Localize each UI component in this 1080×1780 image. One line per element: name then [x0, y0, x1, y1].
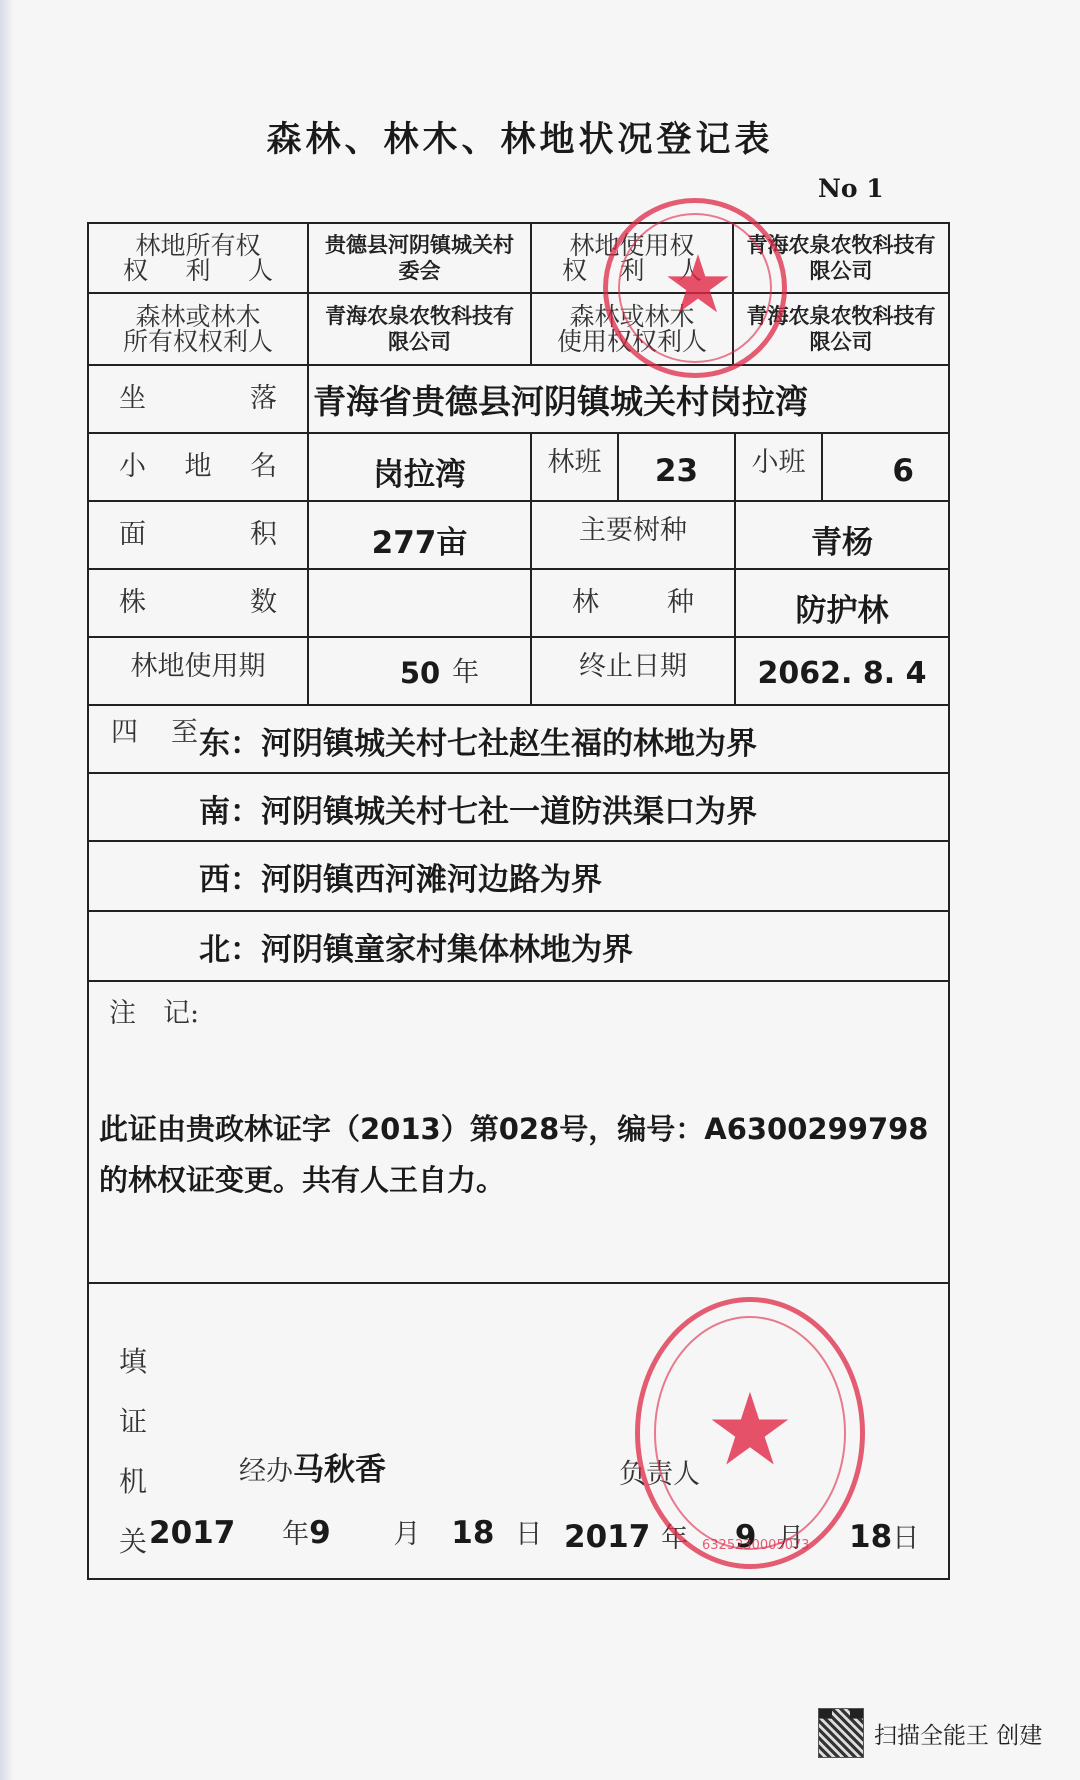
handler-name: 马秋香 [293, 1452, 386, 1488]
value-line: 贵德县河阴镇城关村 [325, 232, 514, 258]
use-period-unit: 年 [452, 659, 479, 687]
stock-count-value [309, 570, 530, 636]
date-month: 9 [309, 1515, 331, 1551]
star-icon: ★ [658, 245, 738, 325]
land-owner-value: 贵德县河阴镇城关村 委会 [309, 224, 530, 292]
date-day-unit: 日 [892, 1523, 919, 1554]
label-char: 关 [119, 1512, 149, 1572]
label-char: 面 [119, 521, 146, 549]
label-char: 人 [248, 258, 273, 283]
label-char: 数 [250, 589, 277, 617]
handler-label: 经办 [239, 1456, 293, 1487]
company-seal: ★ [603, 198, 787, 378]
notes-line: 此证由贵政林证字（2013）第028号，编号：A6300299798 [99, 1104, 969, 1155]
government-seal: ★ 6325230005073 [635, 1297, 865, 1569]
label-line: 森林或林木 [135, 304, 260, 329]
label-line: 面 积 [89, 521, 307, 549]
label-char: 地 [185, 453, 212, 481]
label-char: 株 [119, 589, 146, 617]
date-year: 2017 [564, 1519, 650, 1555]
row-divider [89, 910, 948, 912]
row-divider [89, 840, 948, 842]
label-line: 权 利 人 [89, 258, 307, 283]
label-char: 落 [250, 385, 277, 413]
value-line: 委会 [399, 258, 441, 284]
notes-text: 此证由贵政林证字（2013）第028号，编号：A6300299798 的林权证变… [99, 1104, 969, 1206]
document-title: 森林、林木、林地状况登记表 [0, 112, 1040, 162]
label-line: 株 数 [89, 589, 307, 617]
boundary-west: 西：河阴镇西河滩河边路为界 [199, 854, 602, 899]
main-species-value: 青杨 [736, 506, 948, 572]
label-line: 所有权权利人 [123, 329, 273, 354]
date-year-unit: 年 [282, 1519, 309, 1550]
issuer-label: 填 证 机 关 [119, 1332, 149, 1572]
label-char: 小 [119, 453, 146, 481]
use-period-label: 林地使用期 [89, 634, 307, 700]
label-char: 名 [250, 453, 277, 481]
label-line: 坐 落 [89, 385, 307, 413]
row-divider [89, 1282, 948, 1284]
handler-signature: 经办马秋香 [239, 1444, 386, 1489]
boundaries-label: 四 [111, 719, 138, 747]
location-value: 青海省贵德县河阴镇城关村岗拉湾 [309, 366, 869, 432]
label-char: 证 [119, 1392, 149, 1452]
use-period-number: 50 [400, 656, 440, 690]
qr-code-icon [818, 1708, 864, 1758]
boundary-north: 北：河阴镇童家村集体林地为界 [199, 924, 633, 969]
date-day: 18 [451, 1515, 494, 1551]
location-label: 坐 落 [89, 366, 307, 432]
use-period-value: 50 年 [309, 640, 530, 706]
seal-code: 6325230005073 [702, 1538, 810, 1553]
label-char: 机 [119, 1452, 149, 1512]
date-day-unit: 日 [515, 1519, 542, 1550]
boundary-south: 南：河阴镇城关村七社一道防洪渠口为界 [199, 786, 757, 831]
forest-type-value: 防护林 [736, 574, 948, 640]
forest-compartment-value: 23 [619, 438, 734, 504]
forest-compartment-label: 林班 [532, 430, 617, 496]
notes-line: 的林权证变更。共有人王自力。 [99, 1155, 969, 1206]
land-owner-label: 林地所有权 权 利 人 [89, 224, 307, 292]
value-line: 限公司 [810, 329, 873, 355]
row-divider [89, 980, 948, 982]
notes-label: 注 记: [109, 1000, 199, 1028]
label-line: 林 种 [532, 589, 734, 617]
date-month-unit: 月 [393, 1519, 420, 1550]
label-char: 填 [119, 1332, 149, 1392]
handler-date: 2017 年9 月 18 日 [149, 1512, 542, 1551]
forest-type-label: 林 种 [532, 570, 734, 636]
value-line: 限公司 [388, 329, 451, 355]
place-name-label: 小 地 名 [89, 434, 307, 500]
watermark-text: 扫描全能王 创建 [874, 1717, 1042, 1750]
label-char: 权 [562, 258, 587, 283]
row-divider [89, 772, 948, 774]
label-char: 林 [572, 589, 599, 617]
scan-edge-shadow [0, 0, 14, 1780]
value-line: 限公司 [810, 258, 873, 284]
area-value: 277亩 [309, 506, 530, 572]
boundaries-label-2: 至 [171, 719, 198, 747]
area-label: 面 积 [89, 502, 307, 568]
label-char: 权 [123, 258, 148, 283]
star-icon: ★ [700, 1380, 800, 1480]
main-species-label: 主要树种 [532, 498, 734, 564]
stock-count-label: 株 数 [89, 570, 307, 636]
label-char: 积 [250, 521, 277, 549]
label-line: 林地所有权 [135, 233, 260, 258]
place-name-value: 岗拉湾 [309, 438, 530, 504]
scanner-watermark: 扫描全能王 创建 [818, 1708, 1042, 1758]
date-year: 2017 [149, 1515, 235, 1551]
label-char: 种 [667, 589, 694, 617]
end-date-value: 2062. 8. 4 [736, 640, 948, 706]
sub-compartment-label: 小班 [736, 430, 821, 496]
label-char: 坐 [119, 385, 146, 413]
forest-owner-value: 青海农泉农牧科技有 限公司 [309, 294, 530, 364]
label-line: 小 地 名 [89, 453, 307, 481]
sub-compartment-value: 6 [823, 438, 948, 504]
document-number: No 1 [818, 174, 884, 203]
label-char: 利 [185, 258, 210, 283]
boundary-east: 东：河阴镇城关村七社赵生福的林地为界 [199, 718, 757, 763]
date-day: 18 [849, 1519, 892, 1555]
end-date-label: 终止日期 [532, 634, 734, 700]
forest-owner-label: 森林或林木 所有权权利人 [89, 294, 307, 364]
value-line: 青海农泉农牧科技有 [325, 303, 514, 329]
